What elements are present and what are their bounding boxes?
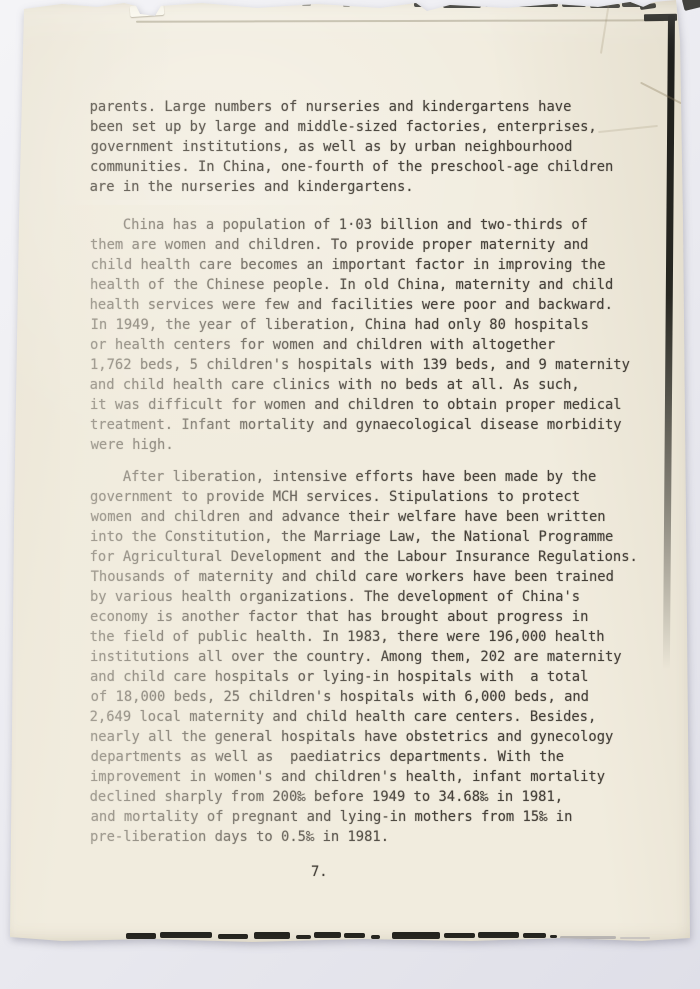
text-line: economy is another factor that has broug… [90,607,650,627]
toner-smudge-bottom [371,935,380,939]
toner-smudge-top [443,4,481,8]
text-line: by various health organizations. The dev… [90,587,650,607]
toner-smudge-bottom [344,933,365,938]
text-line: and child care hospitals or lying-in hos… [90,667,650,687]
toner-smudge-bottom [523,933,546,938]
toner-smudge-bottom [550,935,557,938]
paragraph: parents. Large numbers of nurseries and … [90,97,650,197]
text-line: are in the nurseries and kindergartens. [90,177,650,197]
text-line: women and children and advance their wel… [91,507,651,527]
faint-top-rule-line [136,19,664,22]
text-line: government institutions, as well as by u… [91,137,651,157]
text-line: nearly all the general hospitals have ob… [90,727,650,747]
text-line: pre-liberation days to 0.5‰ in 1981. [90,827,650,847]
text-line: child health care becomes an important f… [91,255,651,275]
paper-crease [600,2,610,54]
toner-smudge-bottom [314,932,341,938]
text-line: the field of public health. In 1983, the… [90,627,650,647]
text-line: for Agricultural Development and the Lab… [90,547,650,567]
text-line: health services were few and facilities … [90,295,650,315]
scan-background: parents. Large numbers of nurseries and … [0,0,700,989]
paper-sheet: parents. Large numbers of nurseries and … [2,0,698,946]
text-line: In 1949, the year of liberation, China h… [91,315,651,335]
toner-smudge-bottom [444,933,475,938]
text-line: government to provide MCH services. Stip… [90,487,650,507]
page-number: 7. [311,862,328,882]
text-line: into the Constitution, the Marriage Law,… [90,527,650,547]
text-line: After liberation, intensive efforts have… [90,467,650,487]
corner-fold-mark [640,3,657,10]
toner-smudge-bottom [126,933,156,939]
text-line: institutions all over the country. Among… [90,647,650,667]
text-line: them are women and children. To provide … [90,235,650,255]
toner-smudge-bottom [254,932,290,939]
photocopy-border-right [663,15,675,683]
toner-smudge-bottom [392,932,440,939]
toner-smudge-bottom [296,935,311,939]
text-line: communities. In China, one-fourth of the… [90,157,650,177]
text-line: declined sharply from 200‰ before 1949 t… [90,787,650,807]
text-line: it was difficult for women and children … [90,395,650,415]
text-line: and child health care clinics with no be… [90,375,650,395]
toner-smudge-top [302,3,311,6]
text-line: Thousands of maternity and child care wo… [91,567,651,587]
text-line: of 18,000 beds, 25 children's hospitals … [91,687,651,707]
toner-smudge-bottom [160,932,212,938]
toner-smudge-top [518,3,558,7]
text-line: and mortality of pregnant and lying-in m… [91,807,651,827]
paper-wrapper: parents. Large numbers of nurseries and … [0,0,700,989]
toner-smudge-top [485,1,515,7]
text-line: China has a population of 1·03 billion a… [90,215,650,235]
toner-smudge-top [343,4,350,7]
toner-smudge-bottom [560,936,616,939]
text-line: treatment. Infant mortality and gynaecol… [90,415,650,435]
text-line: 1,762 beds, 5 children's hospitals with … [90,355,650,375]
paragraph: After liberation, intensive efforts have… [90,467,650,847]
text-line: 2,649 local maternity and child health c… [90,707,650,727]
torn-paper-sliver [130,4,165,17]
toner-smudge-top [414,2,440,7]
toner-smudge-bottom [218,934,248,939]
toner-smudge-top [590,4,620,8]
paragraph: China has a population of 1·03 billion a… [90,215,650,455]
text-line: parents. Large numbers of nurseries and … [90,97,650,117]
toner-smudge-top [378,2,389,5]
text-line: been set up by large and middle-sized fa… [90,117,650,137]
text-line: health of the Chinese people. In old Chi… [90,275,650,295]
toner-smudge-bottom [620,937,650,939]
text-line: departments as well as paediatrics depar… [91,747,651,767]
text-line: or health centers for women and children… [90,335,650,355]
typewritten-text: parents. Large numbers of nurseries and … [90,97,650,847]
toner-smudge-bottom [478,932,519,938]
text-line: improvement in women's and children's he… [90,767,650,787]
text-line: were high. [91,435,651,455]
toner-smudge-top [562,2,586,7]
